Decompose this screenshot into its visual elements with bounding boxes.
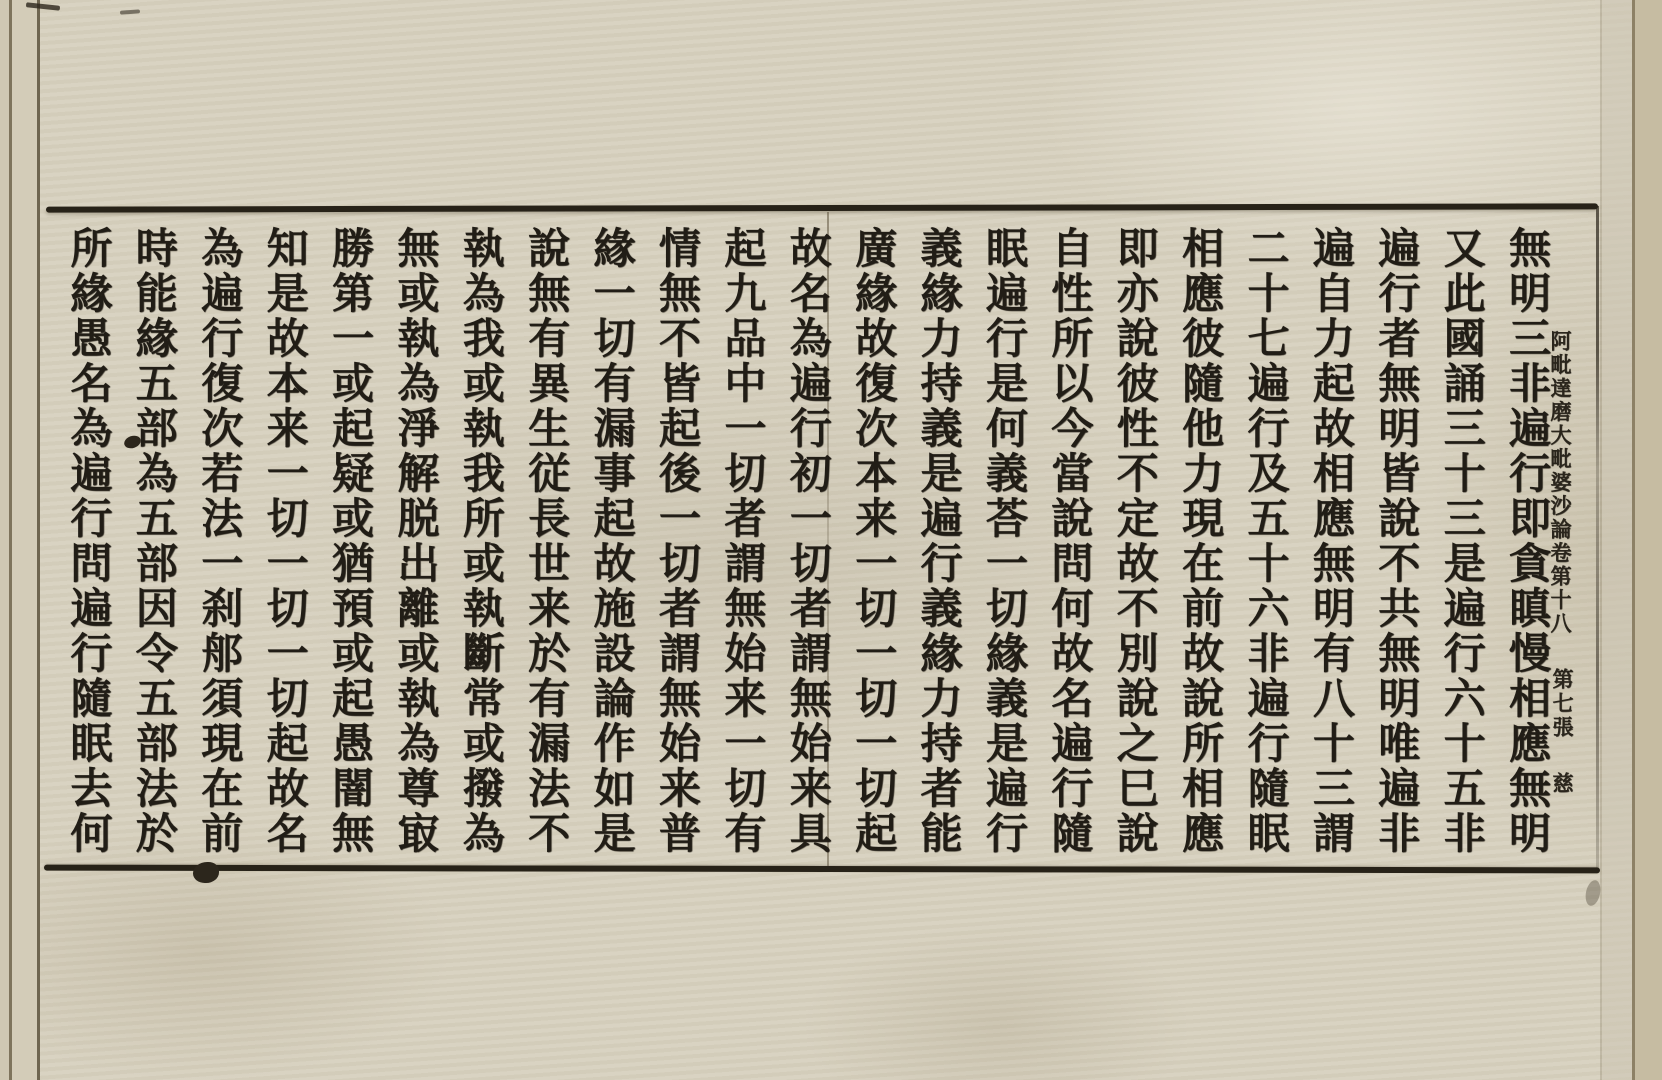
right-frame-line (1596, 206, 1599, 870)
sheet-number-label: 第七張 (1545, 668, 1579, 740)
text-column-2: 又此國誦三十三是遍行六十五非 (1429, 226, 1494, 872)
text-column-15: 緣一切有漏事起故施設論作如是 (579, 226, 644, 872)
right-paper-edge (1632, 0, 1662, 1080)
margin-title: 阿毗達磨大毗婆沙論卷第十八 (1543, 330, 1577, 636)
text-column-5: 二十七遍行及五十六非遍行隨眠 (1233, 226, 1298, 872)
text-column-7: 即亦說彼性不定故不別說之巳說 (1102, 226, 1167, 872)
text-column-18: 無或執為淨解脱出離或執為尊㝡 (383, 226, 448, 872)
text-column-23: 所緣愚名為遍行問遍行隨眠去何 (56, 226, 121, 872)
corner-ink-mark-2 (120, 9, 140, 14)
text-column-3: 遍行者無明皆說不共無明唯遍非 (1364, 226, 1429, 872)
text-column-19: 勝第一或起疑或猶預或起愚闇無 (318, 226, 383, 872)
text-column-13: 起九品中一切者謂無始来一切有 (710, 226, 775, 872)
text-column-10: 義緣力持義是遍行義緣力持者能 (906, 226, 971, 872)
text-column-4: 遍自力起故相應無明有八十三謂 (1298, 226, 1363, 872)
text-column-11: 廣緣故復次本来一切一切一切起 (841, 226, 906, 872)
text-column-12: 故名為遍行初一切者謂無始来具 (775, 226, 840, 872)
case-mark-character: 慈 (1545, 772, 1579, 793)
text-columns: 無明三非遍行即貪瞋慢相應無明又此國誦三十三是遍行六十五非遍行者無明皆說不共無明唯… (56, 226, 1560, 872)
scanned-sutra-page: 無明三非遍行即貪瞋慢相應無明又此國誦三十三是遍行六十五非遍行者無明皆說不共無明唯… (0, 0, 1662, 1080)
text-column-16: 說無有異生従長世来於有漏法不 (514, 226, 579, 872)
top-rule-line (46, 203, 1598, 212)
text-column-8: 自性所以今當說問何故名遍行隨 (1037, 226, 1102, 872)
right-paper-fold (1600, 0, 1632, 1080)
text-column-9: 眠遍行是何義荅一切緣義是遍行 (971, 226, 1036, 872)
left-binding-edge (0, 0, 40, 1080)
text-column-20: 知是故本来一切一切一切起故名 (252, 226, 317, 872)
text-column-22: 時能緣五部為五部因令五部法於 (121, 226, 186, 872)
ink-smudge-bottom-line (193, 862, 219, 883)
text-column-6: 相應彼隨他力現在前故說所相應 (1168, 226, 1233, 872)
text-column-21: 為遍行復次若法一刹郍須現在前 (187, 226, 252, 872)
text-column-17: 執為我或執我所或執斷常或撥為 (448, 226, 513, 872)
text-column-14: 情無不皆起後一切者謂無始来普 (645, 226, 710, 872)
